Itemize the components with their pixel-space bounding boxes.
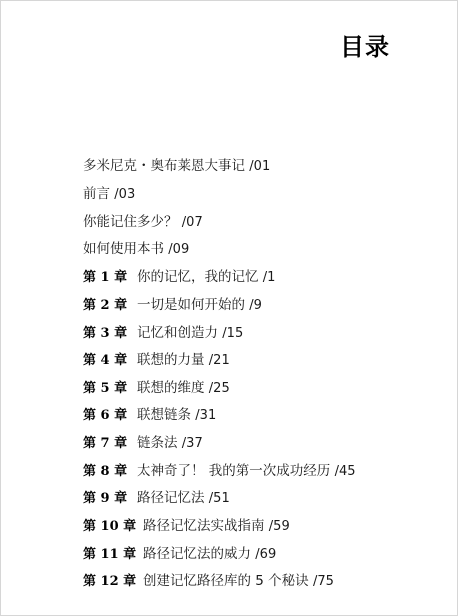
chapter-number: 第 9 章: [83, 489, 137, 509]
chapter-title: 联想链条: [137, 407, 191, 423]
chapter-page: /59: [269, 519, 290, 534]
toc-chapter-7[interactable]: 第 7 章链条法 /37: [83, 433, 203, 453]
chapter-number: 第 8 章: [83, 462, 137, 482]
entry-page: /03: [114, 187, 135, 202]
chapter-number: 第 2 章: [83, 296, 137, 316]
chapter-title: 一切是如何开始的: [137, 297, 245, 313]
chapter-page: /37: [182, 436, 203, 451]
entry-label: 你能记住多少？: [83, 214, 182, 230]
chapter-title: 路径记忆法实战指南: [143, 518, 265, 534]
toc-chapter-11[interactable]: 第 11 章路径记忆法的威力 /69: [83, 544, 276, 564]
toc-chapter-3[interactable]: 第 3 章记忆和创造力 /15: [83, 323, 243, 343]
chapter-page: /31: [195, 408, 216, 423]
toc-chapter-4[interactable]: 第 4 章联想的力量 /21: [83, 350, 230, 370]
entry-label: 多米尼克・奥布莱恩大事记: [83, 158, 245, 174]
toc-chapter-9[interactable]: 第 9 章路径记忆法 /51: [83, 488, 230, 508]
chapter-number: 第 6 章: [83, 406, 137, 426]
chapter-number: 第 7 章: [83, 434, 137, 454]
entry-page: /07: [182, 215, 203, 230]
toc-chapter-2[interactable]: 第 2 章一切是如何开始的 /9: [83, 295, 262, 315]
chapter-page: /25: [209, 381, 230, 396]
page-title: 目录: [340, 27, 390, 62]
chapter-title: 太神奇了！ 我的第一次成功经历: [137, 463, 330, 479]
entry-page: /01: [249, 159, 270, 174]
toc-chapter-10[interactable]: 第 10 章路径记忆法实战指南 /59: [83, 516, 290, 536]
chapter-page: /21: [209, 353, 230, 368]
entry-label: 前言: [83, 186, 110, 202]
chapter-page: /69: [255, 547, 276, 562]
toc-entry-quiz[interactable]: 你能记住多少？ /07: [83, 212, 203, 232]
chapter-title: 路径记忆法: [137, 490, 205, 506]
toc-entry-how-to-use[interactable]: 如何使用本书 /09: [83, 239, 189, 259]
chapter-title: 创建记忆路径库的 5 个秘诀: [143, 573, 309, 589]
toc-chapter-6[interactable]: 第 6 章联想链条 /31: [83, 405, 216, 425]
chapter-number: 第 12 章: [83, 572, 143, 592]
chapter-title: 联想的力量: [137, 352, 205, 368]
chapter-number: 第 3 章: [83, 324, 137, 344]
toc-entry-chronology[interactable]: 多米尼克・奥布莱恩大事记 /01: [83, 156, 270, 176]
chapter-page: /9: [249, 298, 262, 313]
toc-chapter-1[interactable]: 第 1 章你的记忆，我的记忆 /1: [83, 267, 275, 287]
chapter-number: 第 1 章: [83, 268, 137, 288]
toc-chapter-5[interactable]: 第 5 章联想的维度 /25: [83, 378, 230, 398]
chapter-page: /1: [263, 270, 276, 285]
entry-page: /09: [168, 242, 189, 257]
chapter-title: 联想的维度: [137, 380, 205, 396]
chapter-title: 记忆和创造力: [137, 325, 218, 341]
chapter-number: 第 4 章: [83, 351, 137, 371]
chapter-title: 链条法: [137, 435, 178, 451]
toc-chapter-12[interactable]: 第 12 章创建记忆路径库的 5 个秘诀 /75: [83, 571, 334, 591]
entry-label: 如何使用本书: [83, 241, 164, 257]
chapter-number: 第 5 章: [83, 379, 137, 399]
chapter-number: 第 11 章: [83, 545, 143, 565]
chapter-page: /45: [335, 464, 356, 479]
chapter-page: /15: [222, 326, 243, 341]
toc-page: 目录 多米尼克・奥布莱恩大事记 /01 前言 /03 你能记住多少？ /07 如…: [0, 0, 458, 616]
chapter-title: 你的记忆，我的记忆: [137, 269, 259, 285]
chapter-page: /51: [209, 491, 230, 506]
toc-chapter-8[interactable]: 第 8 章太神奇了！ 我的第一次成功经历 /45: [83, 461, 356, 481]
chapter-number: 第 10 章: [83, 517, 143, 537]
chapter-title: 路径记忆法的威力: [143, 546, 251, 562]
chapter-page: /75: [313, 574, 334, 589]
toc-entry-preface[interactable]: 前言 /03: [83, 184, 135, 204]
